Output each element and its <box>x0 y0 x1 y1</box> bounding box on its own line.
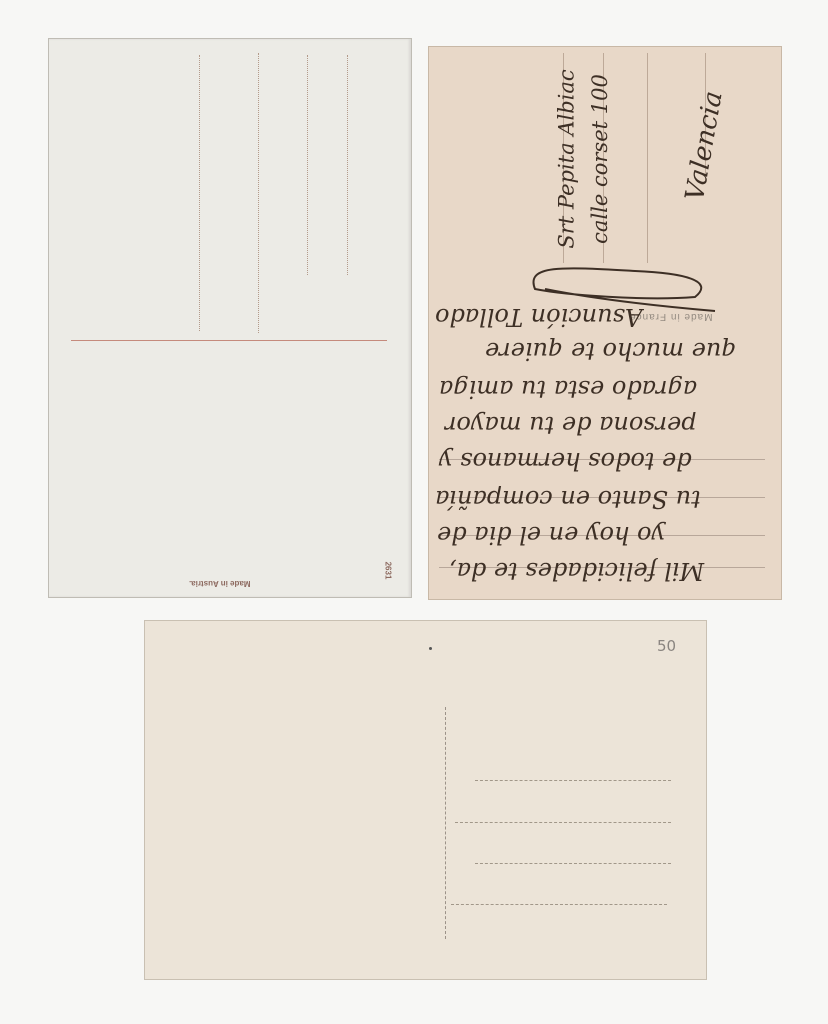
address-line <box>475 863 671 864</box>
speck <box>429 647 432 650</box>
postcard-austria: Made in Austria. 2631 <box>48 38 412 598</box>
address-dotted-line <box>258 53 259 333</box>
address-line: calle corset 100 <box>588 74 612 244</box>
message-line: que mucho te quiere <box>485 337 737 365</box>
postcard-blank: 50 <box>144 620 707 980</box>
postcard-handwritten: Srt Pepita Albiac calle corset 100 Valen… <box>428 46 782 600</box>
message-line: Asunción Tollado <box>435 303 642 331</box>
message-line: yo hoy en el dia de <box>437 521 665 549</box>
pencil-price-mark: 50 <box>657 637 676 655</box>
divider-line <box>445 707 446 939</box>
message-line: Mil felicidades te da, <box>449 557 704 585</box>
address-dotted-line <box>347 55 348 275</box>
message-line: tu Santo en compañía <box>435 485 701 513</box>
address-line: Srt Pepita Albiac <box>555 69 579 248</box>
address-line <box>451 904 667 905</box>
address-line: Valencia <box>680 89 729 203</box>
address-line <box>455 822 671 823</box>
card-divider-line <box>71 340 387 341</box>
message-line: persona de tu mayor <box>445 411 697 439</box>
message-line: de todos hermanos y <box>439 447 692 475</box>
address-dotted-line <box>307 55 308 275</box>
address-rule <box>647 53 648 263</box>
card-number: 2631 <box>383 562 392 580</box>
address-dotted-line <box>199 55 200 331</box>
address-line <box>475 780 671 781</box>
message-line: agrado esta tu amiga <box>439 375 697 403</box>
imprint-text: Made in Austria. <box>189 579 251 588</box>
